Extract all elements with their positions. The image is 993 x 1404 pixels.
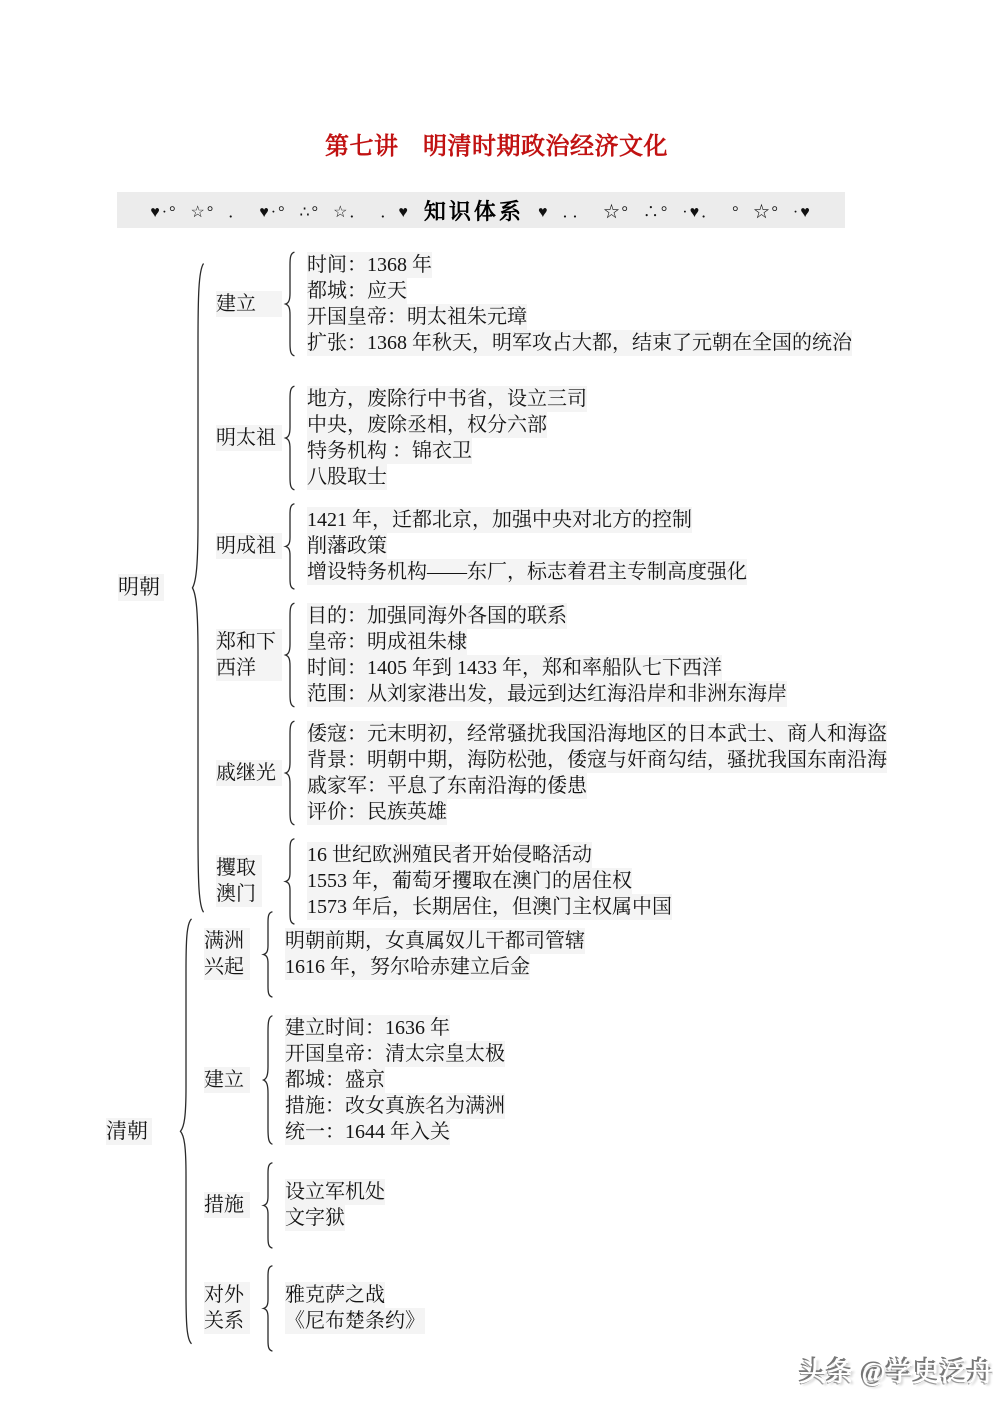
knowledge-item: 倭寇：元末明初，经常骚扰我国沿海地区的日本武士、商人和海盗 <box>307 721 887 747</box>
section-items: 建立时间：1636 年开国皇帝：清太宗皇太极都城：盛京措施：改女真族名为满洲统一… <box>285 1013 505 1147</box>
knowledge-item: 开国皇帝：明太祖朱元璋 <box>307 304 527 330</box>
section-label: 对外关系 <box>204 1282 250 1334</box>
knowledge-item: 1553 年，葡萄牙攫取在澳门的居住权 <box>307 868 632 894</box>
section-label: 满洲兴起 <box>204 928 250 980</box>
tree-section: 明成祖1421 年，迁都北京，加强中央对北方的控制削藩政策增设特务机构——东厂，… <box>216 502 887 591</box>
section-label: 郑和下西洋 <box>216 629 282 681</box>
tree-section: 戚继光倭寇：元末明初，经常骚扰我国沿海地区的日本武士、商人和海盗背景：明朝中期，… <box>216 719 887 827</box>
section-curly-brace-icon <box>282 719 298 827</box>
tree-section: 郑和下西洋目的：加强同海外各国的联系皇帝：明成祖朱棣时间：1405 年到 143… <box>216 601 887 709</box>
section-items: 地方，废除行中书省，设立三司中央，废除丞相，权分六部特务机构 ：锦衣卫八股取士 <box>307 384 587 492</box>
section-items: 明朝前期，女真属奴儿干都司管辖1616 年，努尔哈赤建立后金 <box>285 926 585 982</box>
knowledge-item: 时间：1368 年 <box>307 252 432 278</box>
knowledge-item: 背景：明朝中期，海防松弛，倭寇与奸商勾结，骚扰我国东南沿海 <box>307 747 887 773</box>
section-label: 建立 <box>216 291 282 317</box>
knowledge-item: 设立军机处 <box>285 1179 385 1205</box>
knowledge-item: 措施：改女真族名为满洲 <box>285 1093 505 1119</box>
knowledge-item: 削藩政策 <box>307 533 387 559</box>
section-items: 1421 年，迁都北京，加强中央对北方的控制削藩政策增设特务机构——东厂，标志着… <box>307 505 747 587</box>
knowledge-item: 1616 年，努尔哈赤建立后金 <box>285 954 530 980</box>
knowledge-item: 文字狱 <box>285 1205 345 1231</box>
tree-curly-brace-icon <box>188 250 208 926</box>
section-curly-brace-icon <box>282 384 298 492</box>
tree-sections: 满洲兴起明朝前期，女真属奴儿干都司管辖1616 年，努尔哈赤建立后金建立建立时间… <box>204 910 585 1353</box>
knowledge-item: 16 世纪欧洲殖民者开始侵略活动 <box>307 842 592 868</box>
knowledge-item: 扩张：1368 年秋天，明军攻占大都，结束了元朝在全国的统治 <box>307 330 852 356</box>
knowledge-item: 范围：从刘家港出发，最远到达红海沿岸和非洲东海岸 <box>307 681 787 707</box>
watermark: 头条 @学史泛舟 <box>800 1352 993 1389</box>
banner-decor-left: ♥·° ☆° ． ♥·° ∴° ☆． ．♥ <box>150 199 410 222</box>
knowledge-item: 目的：加强同海外各国的联系 <box>307 603 567 629</box>
knowledge-item: 雅克萨之战 <box>285 1282 385 1308</box>
section-label: 明太祖 <box>216 425 282 451</box>
section-label: 措施 <box>204 1192 250 1218</box>
tree-curly-brace-icon <box>176 910 196 1353</box>
banner-decor-right: ♥ ．． ☆° ∴° ·♥． ° ☆° ·♥ <box>538 199 812 222</box>
knowledge-item: 统一：1644 年入关 <box>285 1119 450 1145</box>
knowledge-item: 皇帝：明成祖朱棣 <box>307 629 467 655</box>
knowledge-item: 都城：盛京 <box>285 1067 385 1093</box>
knowledge-item: 时间：1405 年到 1433 年，郑和率船队七下西洋 <box>307 655 722 681</box>
section-curly-brace-icon <box>260 1013 276 1147</box>
tree-sections: 建立时间：1368 年都城：应天开国皇帝：明太祖朱元璋扩张：1368 年秋天，明… <box>216 250 887 926</box>
section-curly-brace-icon <box>282 250 298 358</box>
knowledge-item: 明朝前期，女真属奴儿干都司管辖 <box>285 928 585 954</box>
knowledge-item: 开国皇帝：清太宗皇太极 <box>285 1041 505 1067</box>
section-curly-brace-icon <box>260 910 276 999</box>
section-curly-brace-icon <box>282 502 298 591</box>
knowledge-item: 特务机构 ：锦衣卫 <box>307 438 472 464</box>
section-curly-brace-icon <box>260 1161 276 1250</box>
knowledge-system-banner: ♥·° ☆° ． ♥·° ∴° ☆． ．♥ 知识体系 ♥ ．． ☆° ∴° ·♥… <box>117 192 845 228</box>
tree-label-qing: 清朝 <box>106 1118 152 1145</box>
knowledge-item: 1421 年，迁都北京，加强中央对北方的控制 <box>307 507 692 533</box>
section-items: 时间：1368 年都城：应天开国皇帝：明太祖朱元璋扩张：1368 年秋天，明军攻… <box>307 250 852 358</box>
section-curly-brace-icon <box>260 1264 276 1353</box>
tree-label-ming: 明朝 <box>118 574 164 601</box>
section-items: 目的：加强同海外各国的联系皇帝：明成祖朱棣时间：1405 年到 1433 年，郑… <box>307 601 787 709</box>
tree-ming-dynasty: 明朝建立时间：1368 年都城：应天开国皇帝：明太祖朱元璋扩张：1368 年秋天… <box>118 250 887 926</box>
tree-qing-dynasty: 清朝满洲兴起明朝前期，女真属奴儿干都司管辖1616 年，努尔哈赤建立后金建立建立… <box>106 910 585 1353</box>
tree-section: 明太祖地方，废除行中书省，设立三司中央，废除丞相，权分六部特务机构 ：锦衣卫八股… <box>216 384 887 492</box>
knowledge-item: 增设特务机构——东厂，标志着君主专制高度强化 <box>307 559 747 585</box>
section-label: 戚继光 <box>216 760 282 786</box>
section-items: 倭寇：元末明初，经常骚扰我国沿海地区的日本武士、商人和海盗背景：明朝中期，海防松… <box>307 719 887 827</box>
tree-section: 满洲兴起明朝前期，女真属奴儿干都司管辖1616 年，努尔哈赤建立后金 <box>204 910 585 999</box>
knowledge-item: 建立时间：1636 年 <box>285 1015 450 1041</box>
knowledge-item: 八股取士 <box>307 464 387 490</box>
knowledge-item: 《尼布楚条约》 <box>285 1308 425 1334</box>
tree-section: 对外关系雅克萨之战《尼布楚条约》 <box>204 1264 585 1353</box>
banner-title: 知识体系 <box>424 195 524 226</box>
tree-section: 建立建立时间：1636 年开国皇帝：清太宗皇太极都城：盛京措施：改女真族名为满洲… <box>204 1013 585 1147</box>
document-page: 第七讲 明清时期政治经济文化 ♥·° ☆° ． ♥·° ∴° ☆． ．♥ 知识体… <box>0 0 993 1404</box>
knowledge-item: 戚家军：平息了东南沿海的倭患 <box>307 773 587 799</box>
knowledge-item: 地方，废除行中书省，设立三司 <box>307 386 587 412</box>
knowledge-item: 都城：应天 <box>307 278 407 304</box>
section-items: 设立军机处文字狱 <box>285 1177 385 1233</box>
knowledge-item: 中央，废除丞相，权分六部 <box>307 412 547 438</box>
section-label: 明成祖 <box>216 533 282 559</box>
tree-section: 建立时间：1368 年都城：应天开国皇帝：明太祖朱元璋扩张：1368 年秋天，明… <box>216 250 887 358</box>
section-curly-brace-icon <box>282 601 298 709</box>
section-items: 雅克萨之战《尼布楚条约》 <box>285 1280 425 1336</box>
page-title: 第七讲 明清时期政治经济文化 <box>0 126 993 161</box>
tree-section: 措施设立军机处文字狱 <box>204 1161 585 1250</box>
section-label: 建立 <box>204 1067 250 1093</box>
section-label: 攫取澳门 <box>216 855 262 907</box>
knowledge-item: 评价：民族英雄 <box>307 799 447 825</box>
